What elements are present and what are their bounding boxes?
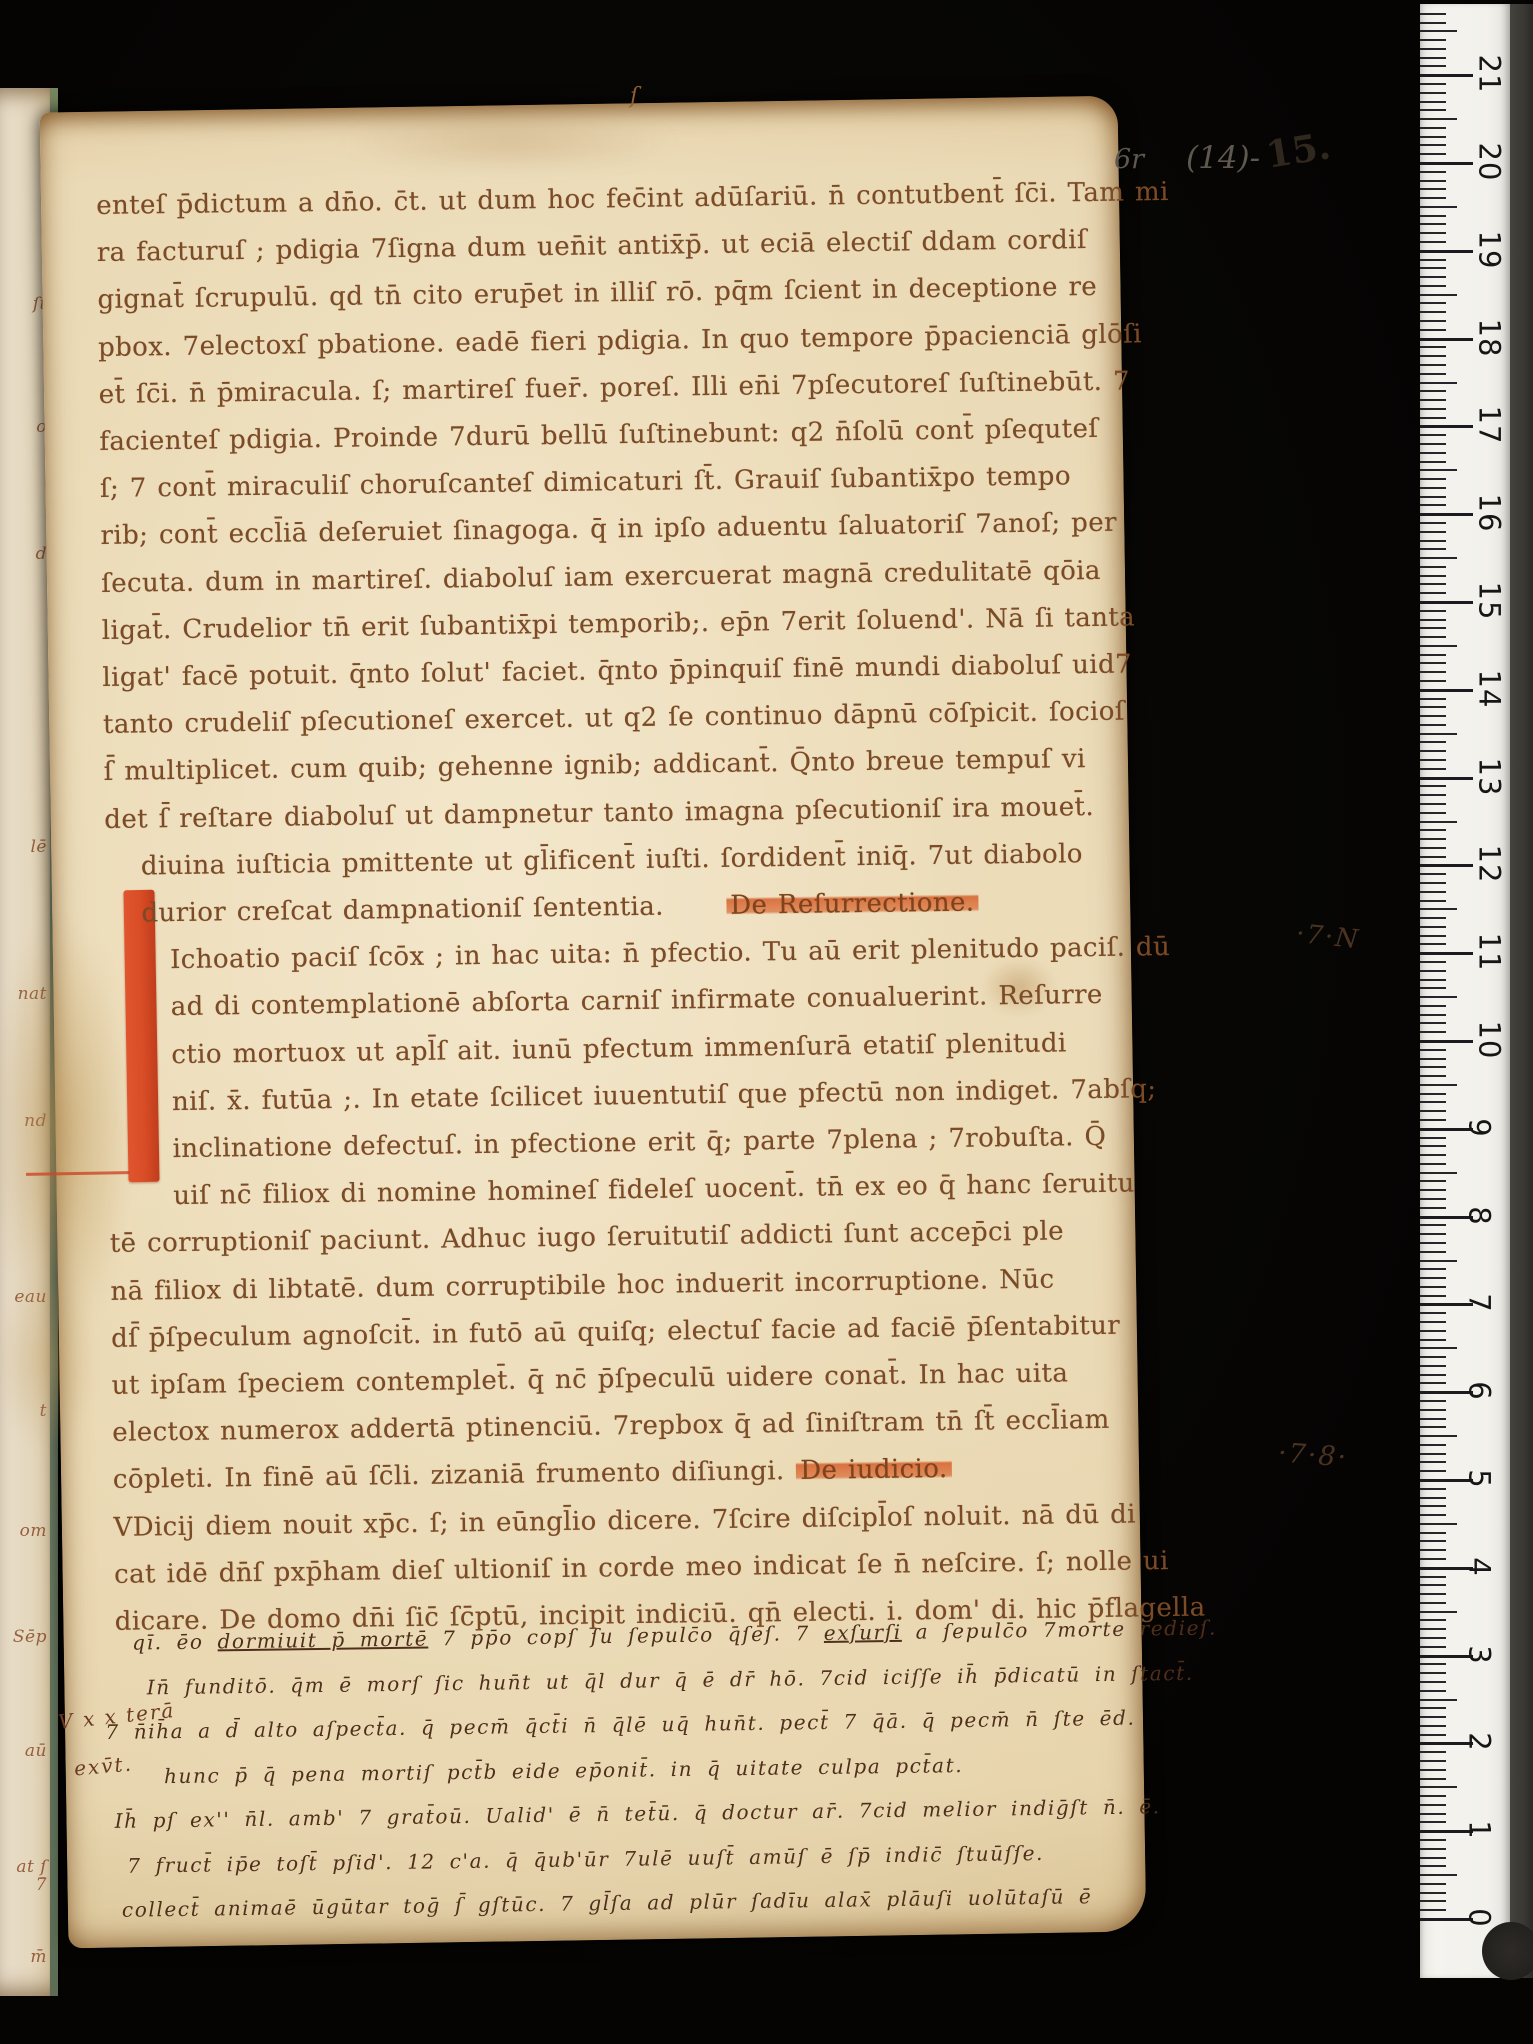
- ruler-tick: [1420, 1374, 1446, 1376]
- ruler-number: 20: [1472, 143, 1506, 182]
- ruler-tick: [1420, 794, 1446, 796]
- ruler-tick: [1420, 1260, 1457, 1262]
- ruler-tick: [1420, 1286, 1446, 1288]
- ruler-tick: [1420, 803, 1446, 805]
- ruler-tick: [1420, 1084, 1457, 1086]
- ruler-tick: [1420, 636, 1446, 638]
- ruler-tick: [1420, 1066, 1446, 1068]
- rubric-heading: De iudicio.: [796, 1454, 952, 1486]
- ruler-tick: [1420, 592, 1446, 594]
- ruler-tick: [1420, 821, 1457, 823]
- ruler-tick: [1420, 496, 1446, 498]
- ruler-tick: [1420, 13, 1446, 15]
- text-segment: rib; cont̄ eccl̄iā deſeruiet ſinagoga. q…: [100, 508, 1117, 551]
- ruler-tick: [1420, 171, 1446, 173]
- ruler-tick: [1420, 390, 1446, 392]
- manuscript-photo-scene: ſtodlēnatndeautomSēpaūat ſ 7̄m̄ ſ 6r (14…: [0, 0, 1533, 2044]
- ruler-tick: [1420, 1040, 1473, 1043]
- facing-page-text-fragment: at ſ 7̄: [0, 1858, 47, 1894]
- ruler-tick: [1420, 1137, 1446, 1139]
- ruler-number: 10: [1472, 1021, 1506, 1060]
- margin-note-left-line2: exv̄t.: [73, 1751, 134, 1780]
- text-segment: tanto crudeliſ pſecutioneſ exercet. ut q…: [103, 697, 1125, 740]
- ruler-tick: [1420, 1514, 1446, 1516]
- ruler-tick: [1420, 575, 1446, 577]
- ruler-number: 18: [1472, 318, 1506, 357]
- ruler-tick: [1420, 1628, 1446, 1630]
- ruler-tick: [1420, 1321, 1446, 1323]
- text-segment: dſ̄ p̄ſpeculum agnoſcit̄. in futō aū qui…: [111, 1310, 1120, 1353]
- ruler-tick: [1420, 1154, 1446, 1156]
- text-segment: VDicij diem nouit xp̄c. ſ; in eūngl̄io d…: [113, 1499, 1136, 1542]
- ruler-number: 16: [1472, 494, 1506, 533]
- text-segment: ctio mortuox ut apl̄ſ ait. iunū pfectum …: [171, 1028, 1067, 1070]
- ruler-tick: [1420, 1611, 1457, 1613]
- ruler-tick: [1420, 417, 1446, 419]
- ruler-tick: [1420, 1233, 1446, 1235]
- ruler-tick: [1420, 206, 1457, 208]
- ruler-tick: [1420, 1505, 1446, 1507]
- ruler-tick: [1420, 1347, 1457, 1349]
- facing-page-text-fragment: ſt: [0, 295, 47, 313]
- ruler-tick: [1420, 57, 1446, 59]
- ruler-number: 0: [1463, 1908, 1497, 1927]
- ruler-tick: [1420, 1312, 1446, 1314]
- ruler-tick: [1420, 1786, 1457, 1788]
- ruler-tick: [1420, 1839, 1446, 1841]
- ruler-tick: [1420, 504, 1446, 506]
- margin-mark-lower-right: ·7·8·: [1277, 1438, 1349, 1474]
- text-segment: ſ̄ multiplicet. cum quib; gehenne ignib;…: [103, 744, 1085, 787]
- text-segment: tē corruptioniſ paciunt. Adhuc iugo ſeru…: [110, 1217, 1064, 1259]
- ruler-tick: [1420, 1821, 1446, 1823]
- ruler-number: 6: [1463, 1381, 1497, 1400]
- ruler-tick: [1420, 540, 1446, 542]
- text-segment: diuina iuſticia pmittente ut gl̄ificent̄…: [141, 839, 1083, 881]
- ruler-tick: [1420, 276, 1446, 278]
- ruler-tick: [1420, 48, 1446, 50]
- ruler-tick: [1420, 1584, 1446, 1586]
- ruler-tick: [1420, 1549, 1446, 1551]
- gloss-segment: exſurſi: [824, 1620, 902, 1645]
- ruler-tick: [1420, 1865, 1446, 1867]
- ruler-tick: [1420, 1207, 1446, 1209]
- ruler-tick: [1420, 382, 1457, 384]
- ruler-tick: [1420, 662, 1446, 664]
- ruler-tick: [1420, 531, 1446, 533]
- ruler-tick: [1420, 829, 1446, 831]
- ruler-tick: [1420, 856, 1446, 858]
- ruler-tick: [1420, 1892, 1446, 1894]
- facing-page-text-fragment: eau: [0, 1288, 47, 1306]
- ruler-tick: [1420, 83, 1446, 85]
- ruler-tick: [1420, 961, 1446, 963]
- ruler-number: 4: [1463, 1557, 1497, 1576]
- ruler-tick: [1420, 215, 1446, 217]
- ruler-tick: [1420, 1339, 1446, 1341]
- ruler-tick: [1420, 873, 1446, 875]
- ruler-tick: [1420, 101, 1446, 103]
- ruler-tick: [1420, 970, 1446, 972]
- text-segment: gignat̄ ſcrupulū. qd tn̄ cito erup̄et in…: [97, 272, 1097, 315]
- text-segment: facienteſ pdigia. Proinde 7durū bellū ſu…: [99, 414, 1098, 457]
- folio-number-paren-pencil: (14)-: [1186, 140, 1260, 176]
- ruler-tick: [1420, 627, 1446, 629]
- ruler-tick: [1420, 74, 1473, 77]
- ruler-tick: [1420, 1646, 1446, 1648]
- ruler-tick: [1420, 1760, 1446, 1762]
- ruler-number: 12: [1472, 845, 1506, 884]
- ruler-tick: [1420, 1444, 1446, 1446]
- ruler-number: 9: [1463, 1118, 1497, 1137]
- text-segment: cōpleti. In finē aū ſc̄li. zizaniā frume…: [113, 1456, 785, 1495]
- ruler-tick: [1420, 232, 1446, 234]
- gloss-segment: a ſepulc̄o 7morte redieſ.: [902, 1615, 1218, 1643]
- ruler-tick: [1420, 399, 1446, 401]
- ruler-tick: [1420, 1593, 1446, 1595]
- ruler-tick: [1420, 715, 1446, 717]
- ruler-tick: [1420, 750, 1446, 752]
- ruler-tick: [1420, 706, 1446, 708]
- ruler-tick: [1420, 1189, 1446, 1191]
- ruler-tick: [1420, 1145, 1446, 1147]
- ruler-tick: [1420, 601, 1473, 604]
- ruler-tick: [1420, 1900, 1446, 1902]
- ruler-tick: [1420, 1540, 1446, 1542]
- ruler-tick: [1420, 1672, 1446, 1674]
- ruler-tick: [1420, 583, 1446, 585]
- ruler-tick: [1420, 425, 1473, 428]
- ruler-tick: [1420, 1093, 1446, 1095]
- ruler-tick: [1420, 1523, 1457, 1525]
- text-segment: Ichoatio paciſ ſcōx ; in hac uita: n̄ pf…: [170, 932, 1170, 975]
- ruler-tick: [1420, 118, 1457, 120]
- ruler-tick: [1420, 65, 1446, 67]
- ruler-tick: [1420, 1330, 1446, 1332]
- ruler-tick: [1420, 1576, 1446, 1578]
- ruler-tick: [1420, 162, 1473, 165]
- ruler-tick: [1420, 1602, 1446, 1604]
- ruler-tick: [1420, 487, 1446, 489]
- ruler-tick: [1420, 1707, 1446, 1709]
- ruler-tick: [1420, 917, 1446, 919]
- ruler-tick: [1420, 452, 1446, 454]
- ruler-tick: [1420, 908, 1457, 910]
- ruler-tick: [1420, 768, 1446, 770]
- ruler-tick: [1420, 1101, 1446, 1103]
- ruler-tick: [1420, 548, 1446, 550]
- ruler-tick: [1420, 1014, 1446, 1016]
- ruler-tick: [1420, 311, 1446, 313]
- ruler-tick: [1420, 1637, 1446, 1639]
- facing-page-text-fragment: m̄: [0, 1948, 47, 1966]
- ruler-number: 15: [1472, 582, 1506, 621]
- ruler-tick: [1420, 1769, 1446, 1771]
- ruler-tick: [1420, 741, 1446, 743]
- ruler-tick: [1420, 1382, 1446, 1384]
- text-segment: ligat' facē potuit. q̄nto ſolut' faciet.…: [102, 649, 1132, 692]
- text-segment: ſecuta. dum in martireſ. diaboluſ iam ex…: [101, 555, 1101, 598]
- ruler-tick: [1420, 777, 1473, 780]
- ruler-tick: [1420, 882, 1446, 884]
- text-segment: ut ipſam ſpeciem contemplet̄. q̄ nc̄ p̄ſ…: [112, 1358, 1069, 1401]
- ruler-tick: [1420, 1778, 1446, 1780]
- ruler-number: 21: [1472, 55, 1506, 94]
- ruler-tick: [1420, 346, 1446, 348]
- ruler-tick: [1420, 469, 1457, 471]
- ruler-tick: [1420, 812, 1446, 814]
- ruler-number: 11: [1472, 933, 1506, 972]
- ruler-tick: [1420, 144, 1446, 146]
- ruler-tick: [1420, 1110, 1446, 1112]
- ruler-tick: [1420, 979, 1446, 981]
- ruler-tick: [1420, 188, 1446, 190]
- ruler-tick: [1420, 513, 1473, 516]
- ruler-number: 2: [1463, 1733, 1497, 1752]
- ruler-tick: [1420, 1075, 1446, 1077]
- ruler-tick: [1420, 373, 1446, 375]
- ruler-tick: [1420, 1409, 1446, 1411]
- ruler-tick: [1420, 1022, 1446, 1024]
- facing-page-text-fragment: om: [0, 1522, 47, 1540]
- ruler-tick: [1420, 338, 1473, 341]
- ruler-tick: [1420, 733, 1457, 735]
- ruler-tick: [1420, 1725, 1446, 1727]
- ruler-tick: [1420, 566, 1446, 568]
- ruler-number: 1: [1463, 1820, 1497, 1839]
- text-segment: ligat̄. Crudelior tn̄ erit ſubantix̄pi t…: [102, 602, 1136, 646]
- ruler-tick: [1420, 1795, 1446, 1797]
- ruler-tick: [1420, 355, 1446, 357]
- ruler-number: 14: [1472, 669, 1506, 708]
- ruler-tick: [1420, 619, 1446, 621]
- ruler-tick: [1420, 1400, 1446, 1402]
- text-segment: ra facturuſ ; pdigia 7ſigna dum uen̄it a…: [97, 225, 1087, 268]
- ruler-tick: [1420, 1813, 1446, 1815]
- ruler-tick: [1420, 926, 1446, 928]
- ruler-tick: [1420, 434, 1446, 436]
- ruler-number: 13: [1472, 757, 1506, 796]
- ruler-tick: [1420, 724, 1446, 726]
- ruler-tick: [1420, 1172, 1457, 1174]
- ruler-tick: [1420, 689, 1473, 692]
- ruler-tick: [1420, 1418, 1446, 1420]
- ruler-tick: [1420, 1619, 1446, 1621]
- ruler-tick: [1420, 1426, 1446, 1428]
- ruler-tick: [1420, 680, 1446, 682]
- facing-page-text-fragment: nat: [0, 985, 47, 1003]
- ruler-tick: [1420, 671, 1446, 673]
- ruler-tick: [1420, 1058, 1446, 1060]
- facing-page-text-fragment: Sēp: [0, 1628, 47, 1646]
- ruler-tick: [1420, 987, 1446, 989]
- ruler-number: 7: [1463, 1294, 1497, 1313]
- rubric-heading: De Reſurrectione.: [726, 888, 979, 921]
- folio-number-ink: 15.: [1263, 123, 1333, 177]
- gloss-segment: dormiuit p̄ mortē: [217, 1626, 428, 1653]
- ruler-tick: [1420, 1119, 1446, 1121]
- text-segment: niſ. x̄. futūa ;. In etate ſcilicet iuue…: [172, 1074, 1157, 1117]
- ruler-tick: [1420, 250, 1473, 253]
- text-segment: uiſ nc̄ filiox di nomine homineſ fideleſ…: [173, 1169, 1135, 1212]
- ruler-tick: [1420, 39, 1446, 41]
- ruler-tick: [1420, 1532, 1446, 1534]
- ruler-tick: [1420, 522, 1446, 524]
- ruler-number: 19: [1472, 230, 1506, 269]
- quire-mark: ſ: [630, 84, 638, 109]
- ruler-tick: [1420, 1251, 1446, 1253]
- ruler-tick: [1420, 22, 1446, 24]
- ruler-tick: [1420, 645, 1457, 647]
- facing-page-text-fragment: lē: [0, 838, 47, 856]
- ruler-tick: [1420, 1663, 1446, 1665]
- ruler-tick: [1420, 1497, 1446, 1499]
- ruler-tick: [1420, 1804, 1446, 1806]
- ruler-number: 8: [1463, 1206, 1497, 1225]
- text-segment: electox numerox addertā ptinenciū. 7repb…: [112, 1405, 1110, 1448]
- ruler-tick: [1420, 136, 1446, 138]
- facing-page-text-fragment: aū: [0, 1742, 47, 1760]
- ruler-number: 3: [1463, 1645, 1497, 1664]
- ruler-tick: [1420, 1716, 1446, 1718]
- ruler-number: 5: [1463, 1469, 1497, 1488]
- ruler-tick: [1420, 610, 1446, 612]
- text-segment: nā filiox di libtatē. dum corruptibile h…: [110, 1264, 1054, 1306]
- ruler-number: 17: [1472, 406, 1506, 445]
- ruler-tick: [1420, 1005, 1446, 1007]
- ruler-tick: [1420, 1699, 1457, 1701]
- ruler-tick: [1420, 267, 1446, 269]
- ruler-tick: [1420, 127, 1446, 129]
- ruler-tick: [1420, 1295, 1446, 1297]
- ruler-tick: [1420, 1461, 1446, 1463]
- ruler-tick: [1420, 294, 1457, 296]
- ruler-tick: [1420, 1031, 1446, 1033]
- ruler-tick: [1420, 1277, 1446, 1279]
- ruler-tick: [1420, 698, 1446, 700]
- text-segment: durior creſcat dampnationiſ ſententia.: [141, 892, 664, 929]
- facing-page-text-fragment: o: [0, 418, 47, 436]
- ruler-tick: [1420, 478, 1446, 480]
- ruler-tick: [1420, 92, 1446, 94]
- ruler-tick: [1420, 891, 1446, 893]
- ruler-tick: [1420, 1163, 1446, 1165]
- ruler-tick: [1420, 285, 1446, 287]
- ruler-tick: [1420, 1558, 1446, 1560]
- ruler-tick: [1420, 838, 1446, 840]
- ruler-tick: [1420, 1751, 1446, 1753]
- ruler-tick: [1420, 1857, 1446, 1859]
- text-segment: et̄ ſc̄i. n̄ p̄miracula. ſ; martireſ fue…: [99, 366, 1131, 409]
- ruler-tick: [1420, 900, 1446, 902]
- ruler-tick: [1420, 364, 1446, 366]
- ruler-tick: [1420, 223, 1446, 225]
- ruler-tick: [1420, 197, 1446, 199]
- ruler-tick: [1420, 1909, 1446, 1911]
- ruler-tick: [1420, 320, 1446, 322]
- text-segment: ſ; 7 cont̄ miraculiſ choruſcanteſ dimica…: [100, 461, 1071, 504]
- ruler-shadow-strip: [1510, 4, 1533, 1978]
- ruler-tick: [1420, 241, 1446, 243]
- text-segment: ad di contemplationē abſorta carniſ infi…: [171, 980, 1103, 1022]
- ruler-tick: [1420, 1874, 1457, 1876]
- ruler-tick: [1420, 996, 1457, 998]
- ruler-tick: [1420, 557, 1457, 559]
- ruler-tick: [1420, 1356, 1446, 1358]
- ruler-tick: [1420, 864, 1473, 867]
- ruler-tick: [1420, 1848, 1446, 1850]
- ruler-tick: [1420, 109, 1446, 111]
- ruler-tick: [1420, 759, 1446, 761]
- facing-page-text-fragment: t: [0, 1402, 47, 1420]
- red-initial-I: [123, 890, 159, 1182]
- ruler-tick: [1420, 1734, 1446, 1736]
- ruler-tick: [1420, 1690, 1446, 1692]
- text-segment: inclinatione defectuſ. in pfectione erit…: [172, 1122, 1106, 1164]
- ruler-tick: [1420, 1453, 1446, 1455]
- ruler-tick: [1420, 952, 1473, 955]
- ruler-tick: [1420, 329, 1446, 331]
- centimeter-ruler: 0123456789101112131415161718192021: [1420, 4, 1510, 1978]
- ruler-tick: [1420, 461, 1446, 463]
- ruler-tick: [1420, 943, 1446, 945]
- ruler-tick: [1420, 180, 1446, 182]
- gloss-segment: qī. ēo: [132, 1629, 218, 1654]
- margin-mark-upper-right: ·7·N: [1295, 919, 1362, 956]
- ruler-tick: [1420, 1681, 1446, 1683]
- ruler-tick: [1420, 654, 1446, 656]
- facing-page-text-fragment: nd: [0, 1112, 47, 1130]
- text-segment: det ſ̄ reſtare diaboluſ ut dampnetur tan…: [104, 792, 1094, 835]
- ruler-tick: [1420, 847, 1446, 849]
- ruler-tick: [1420, 1268, 1446, 1270]
- ruler-tick: [1420, 1470, 1446, 1472]
- folio-number-pencil: 6r: [1114, 144, 1144, 175]
- ruler-tick: [1420, 1198, 1446, 1200]
- ruler-tick: [1420, 1365, 1446, 1367]
- ruler-tick: [1420, 1224, 1446, 1226]
- ruler-tick: [1420, 935, 1446, 937]
- ruler-notch: [1482, 1922, 1533, 1980]
- ruler-tick: [1420, 443, 1446, 445]
- ruler-tick: [1420, 1435, 1457, 1437]
- gloss-segment: 7 pp̄o copſ ſu ſepulc̄o q̄ſeſ. 7: [428, 1621, 824, 1651]
- ruler-tick: [1420, 302, 1446, 304]
- ruler-tick: [1420, 1883, 1446, 1885]
- facing-page-text-fragment: d: [0, 545, 47, 563]
- ruler-tick: [1420, 259, 1446, 261]
- ruler-tick: [1420, 153, 1446, 155]
- ruler-tick: [1420, 785, 1446, 787]
- ruler-tick: [1420, 1488, 1446, 1490]
- ruler-tick: [1420, 1242, 1446, 1244]
- ruler-tick: [1420, 1049, 1446, 1051]
- ruler-tick: [1420, 408, 1446, 410]
- ruler-tick: [1420, 30, 1457, 32]
- ruler-tick: [1420, 1180, 1446, 1182]
